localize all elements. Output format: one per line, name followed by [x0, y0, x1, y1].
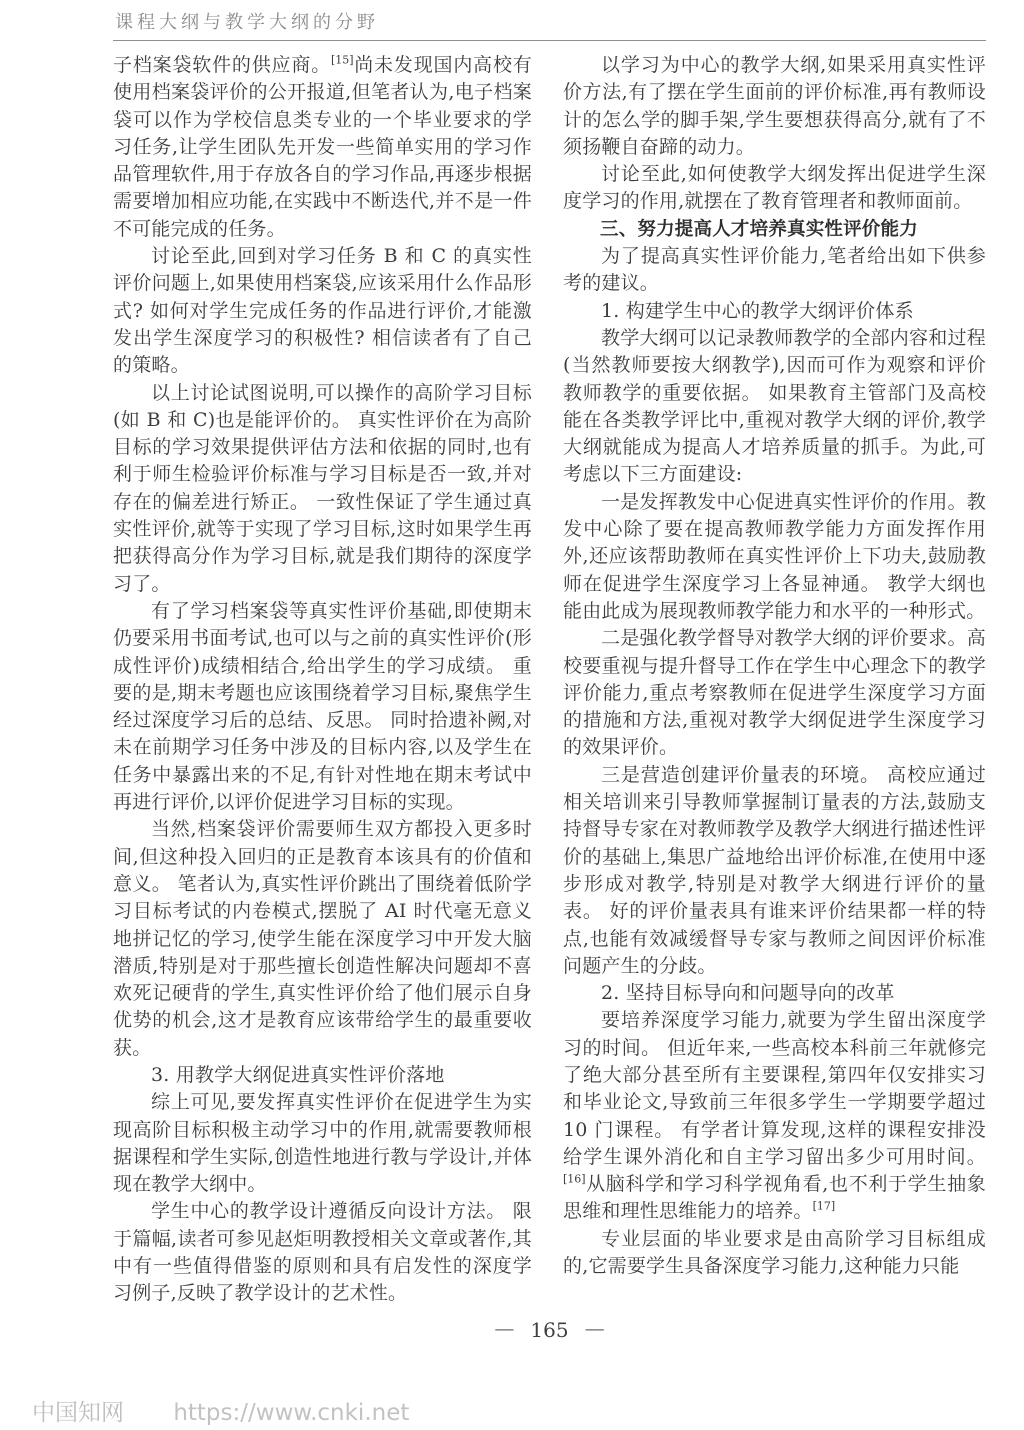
paragraph: 讨论至此,回到对学习任务 B 和 C 的真实性评价问题上,如果使用档案袋,应该采… — [113, 243, 532, 379]
citation-reference: [17] — [813, 1200, 836, 1213]
paragraph: 学生中心的教学设计遵循反向设计方法。 限于篇幅,读者可参见赵炬明教授相关文章或著… — [113, 1198, 532, 1307]
right-column: 以学习为中心的教学大纲,如果采用真实性评价方法,有了摆在学生面前的评价标准,再有… — [563, 52, 986, 1308]
paragraph: 为了提高真实性评价能力,笔者给出如下供参考的建议。 — [563, 243, 986, 298]
subsection-heading: 2. 坚持目标导向和问题导向的改革 — [563, 980, 986, 1007]
header-divider — [113, 40, 986, 41]
citation-reference: [16] — [563, 1173, 586, 1186]
paragraph: 讨论至此,如何使教学大纲发挥出促进学生深度学习的作用,就摆在了教育管理者和教师面… — [563, 161, 986, 216]
paragraph: 以学习为中心的教学大纲,如果采用真实性评价方法,有了摆在学生面前的评价标准,再有… — [563, 52, 986, 161]
text-columns: 子档案袋软件的供应商。[15]尚未发现国内高校有使用档案袋评价的公开报道,但笔者… — [113, 52, 986, 1308]
paragraph: 当然,档案袋评价需要师生双方都投入更多时间,但这种投入回归的正是教育本该具有的价… — [113, 816, 532, 1062]
citation-reference: [15] — [331, 54, 354, 67]
cnki-watermark: 中国知网 https://www.cnki.net — [32, 1394, 409, 1427]
paragraph: 一是发挥教发中心促进真实性评价的作用。教发中心除了要在提高教师教学能力方面发挥作… — [563, 489, 986, 625]
section-heading: 三、努力提高人才培养真实性评价能力 — [563, 216, 986, 243]
document-page: 课程大纲与教学大纲的分野 子档案袋软件的供应商。[15]尚未发现国内高校有使用档… — [0, 0, 1024, 1430]
left-column: 子档案袋软件的供应商。[15]尚未发现国内高校有使用档案袋评价的公开报道,但笔者… — [113, 52, 532, 1308]
running-head-title: 课程大纲与教学大纲的分野 — [115, 12, 379, 33]
paragraph: 有了学习档案袋等真实性评价基础,即使期末仍要采用书面考试,也可以与之前的真实性评… — [113, 598, 532, 816]
subsection-heading: 3. 用教学大纲促进真实性评价落地 — [113, 1062, 532, 1089]
paragraph: 综上可见,要发挥真实性评价在促进学生为实现高阶目标积极主动学习中的作用,就需要教… — [113, 1089, 532, 1198]
subsection-heading: 1. 构建学生中心的教学大纲评价体系 — [563, 298, 986, 325]
paragraph: 教学大纲可以记录教师教学的全部内容和过程(当然教师要按大纲教学),因而可作为观察… — [563, 325, 986, 489]
footer-dash-left: — — [494, 1316, 514, 1340]
paragraph: 要培养深度学习能力,就要为学生留出深度学习的时间。 但近年来,一些高校本科前三年… — [563, 1007, 986, 1225]
page-number: 165 — [530, 1318, 568, 1342]
footer-dash-right: — — [585, 1316, 605, 1340]
paragraph: 以上讨论试图说明,可以操作的高阶学习目标(如 B 和 C)也是能评价的。 真实性… — [113, 380, 532, 598]
page-number-footer: —165— — [113, 1318, 986, 1342]
running-head: 课程大纲与教学大纲的分野 — [115, 8, 379, 34]
cnki-logo-text: 中国知网 — [32, 1400, 124, 1426]
paragraph: 二是强化教学督导对教学大纲的评价要求。高校要重视与提升督导工作在学生中心理念下的… — [563, 625, 986, 761]
paragraph: 专业层面的毕业要求是由高阶学习目标组成的,它需要学生具备深度学习能力,这种能力只… — [563, 1226, 986, 1281]
cnki-url-text: https://www.cnki.net — [173, 1400, 409, 1426]
paragraph: 子档案袋软件的供应商。[15]尚未发现国内高校有使用档案袋评价的公开报道,但笔者… — [113, 52, 532, 243]
paragraph: 三是营造创建评价量表的环境。 高校应通过相关培训来引导教师掌握制订量表的方法,鼓… — [563, 762, 986, 980]
